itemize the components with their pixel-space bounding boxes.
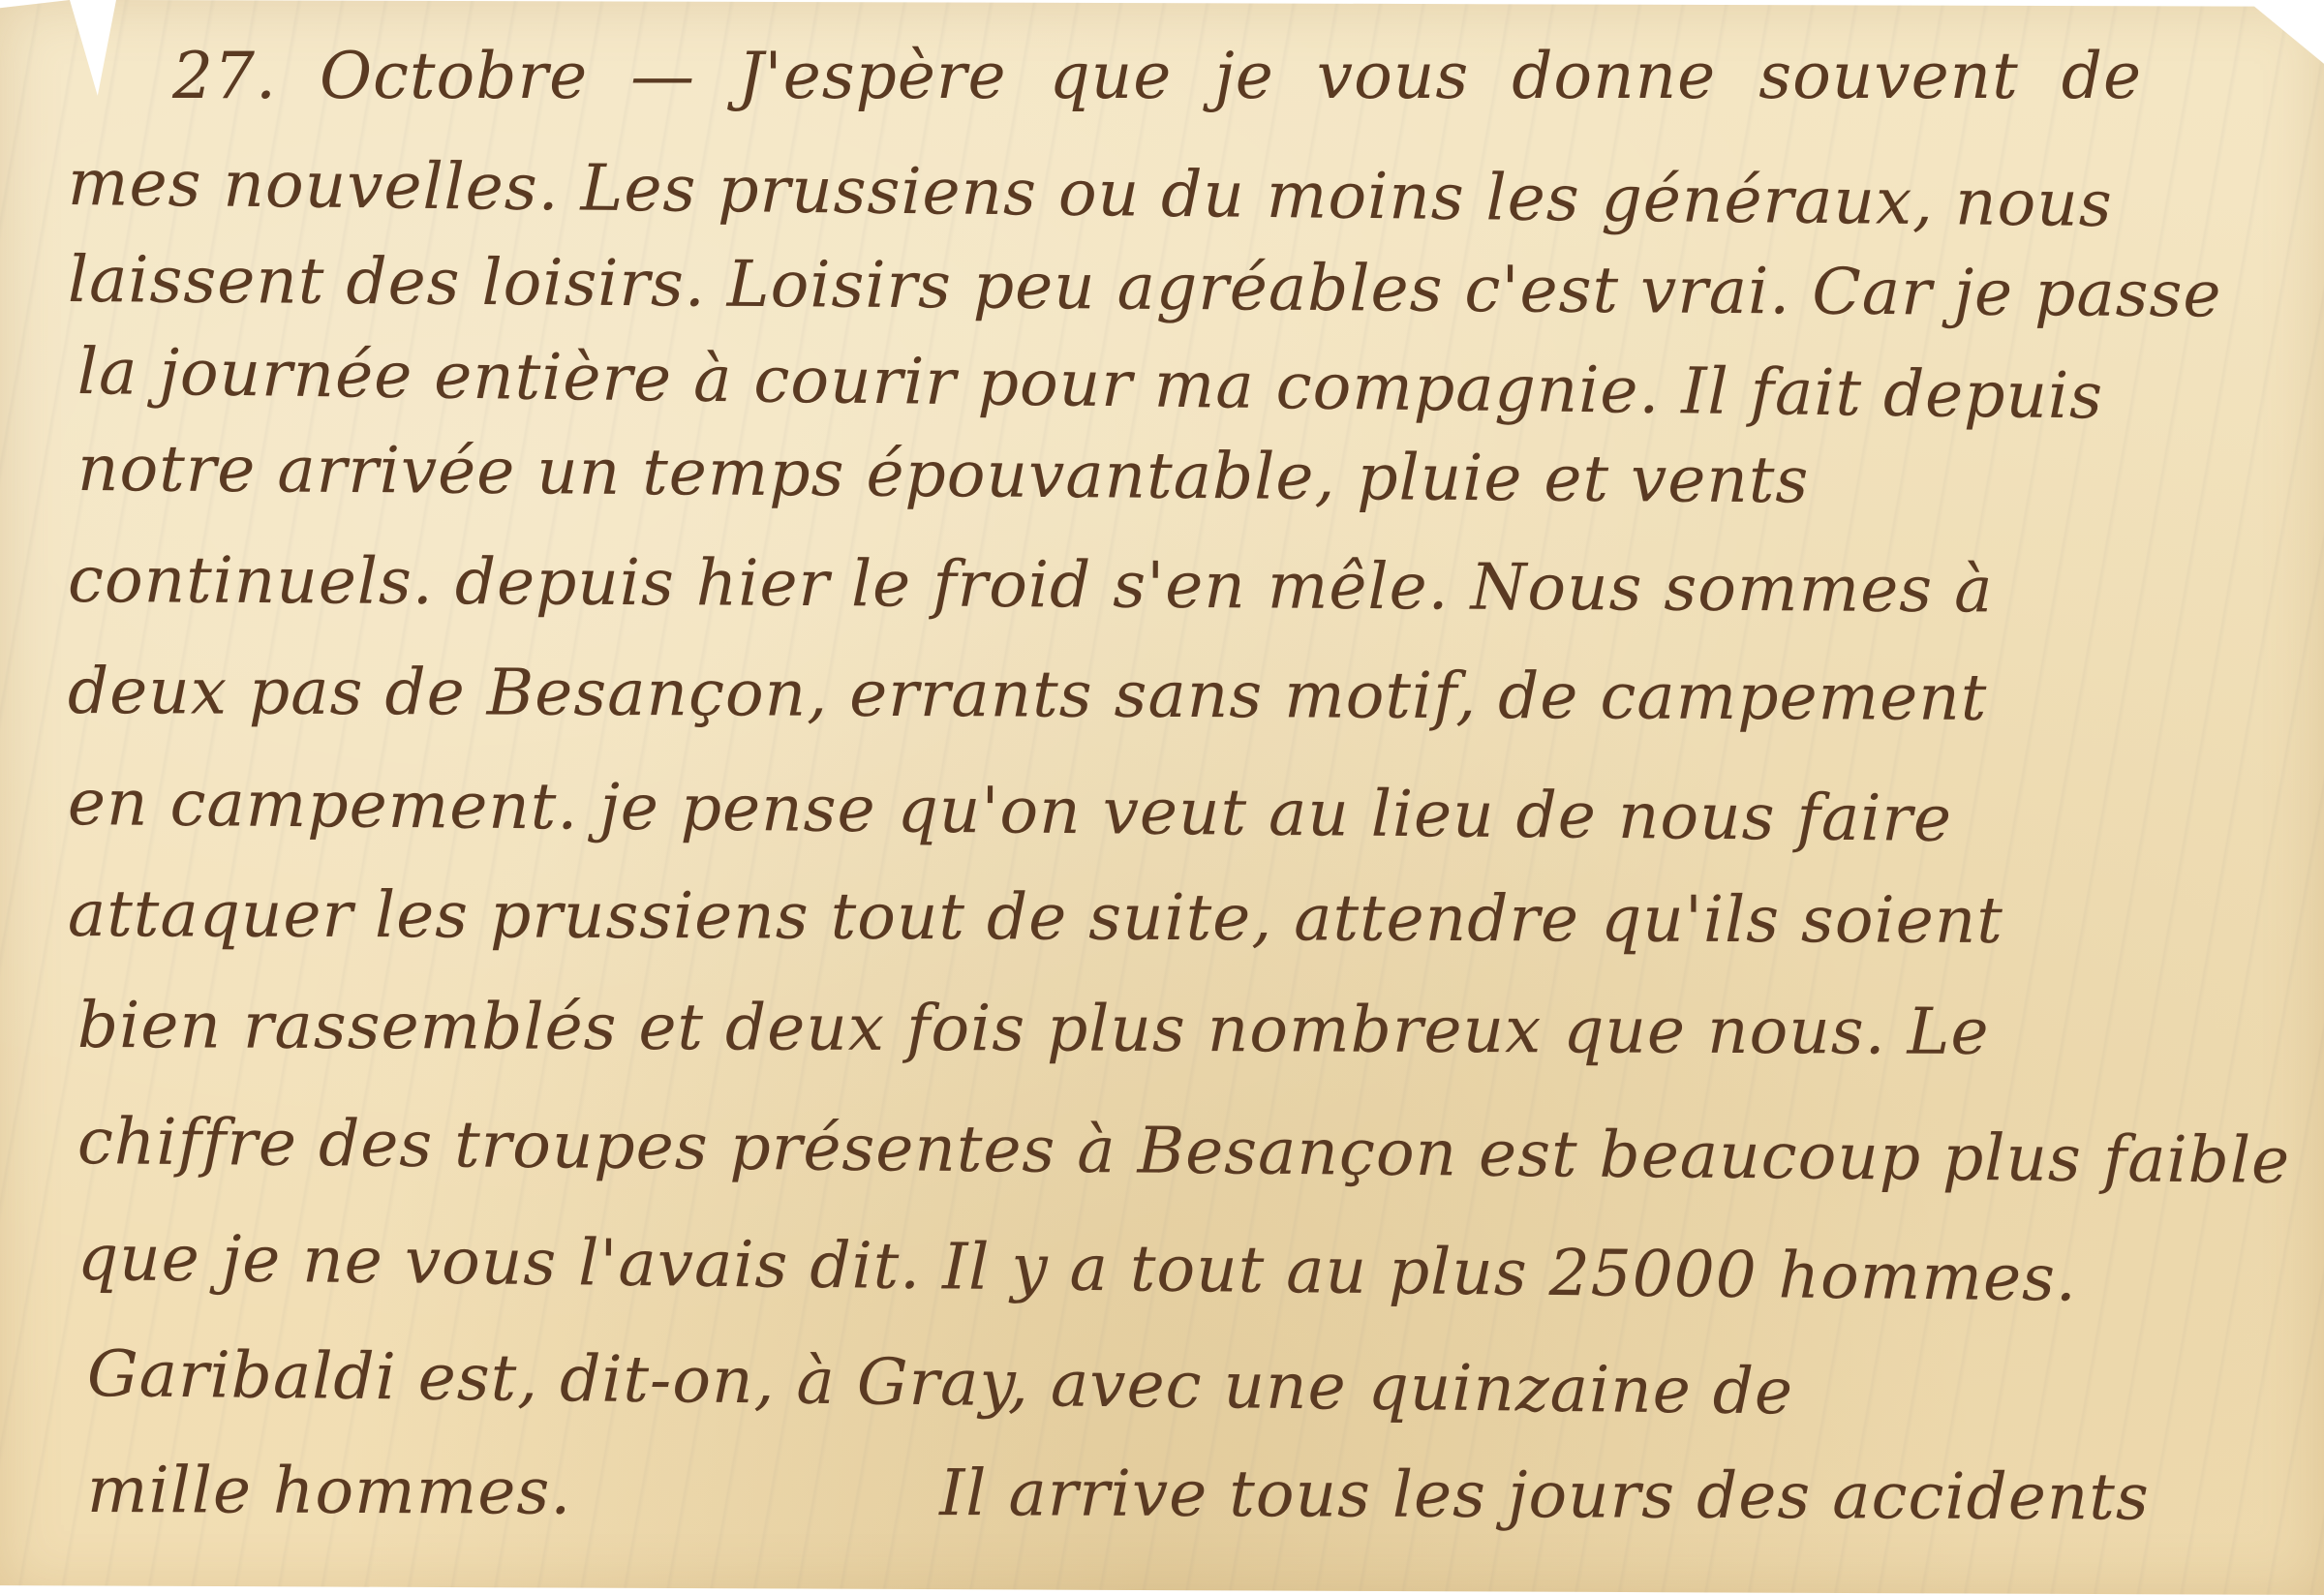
letter-line-7: deux pas de Besançon, errants sans motif…	[68, 654, 1988, 735]
letter-line-14-continuation: Il arrive tous les jours des accidents	[939, 1456, 2150, 1534]
letter-line-13: Garibaldi est, dit-on, à Gray, avec une …	[87, 1336, 1794, 1428]
letter-line-14-start: mille hommes.	[87, 1453, 572, 1529]
letter-line-6: continuels. depuis hier le froid s'en mê…	[68, 542, 1994, 627]
letter-line-10: bien rassemblés et deux fois plus nombre…	[77, 988, 1990, 1069]
letter-line-9: attaquer les prussiens tout de suite, at…	[68, 876, 2003, 958]
letter-line-1: 27. Octobre — J'espère que je vous donne…	[172, 39, 2142, 113]
letter-line-11: chiffre des troupes présentes à Besançon…	[77, 1104, 2291, 1198]
line-gap	[571, 1514, 939, 1515]
letter-line-3: laissent des loisirs. Loisirs peu agréab…	[68, 242, 2222, 332]
handwritten-letter: 27. Octobre — J'espère que je vous donne…	[0, 0, 2324, 1595]
letter-line-12: que je ne vous l'avais dit. Il y a tout …	[77, 1220, 2078, 1316]
letter-line-8: en campement. je pense qu'on veut au lie…	[68, 765, 1953, 856]
letter-line-4: la journée entière à courir pour ma comp…	[77, 334, 2104, 434]
letter-line-14: mille hommes.Il arrive tous les jours de…	[87, 1453, 2150, 1534]
letter-line-2: mes nouvelles. Les prussiens ou du moins…	[68, 145, 2114, 241]
letter-line-5: notre arrivée un temps épouvantable, plu…	[77, 431, 1810, 517]
